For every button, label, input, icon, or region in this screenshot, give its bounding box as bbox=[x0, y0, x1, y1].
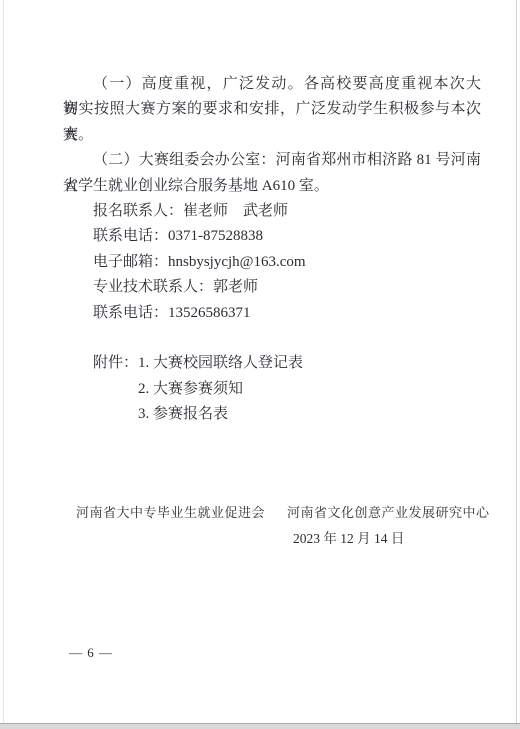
page-number: — 6 — bbox=[63, 640, 481, 665]
document-viewport: { "doc": { "para1_l1": "（一）高度重视，广泛发动。各高校… bbox=[0, 0, 520, 729]
document-page: （一）高度重视，广泛发动。各高校要高度重视本次大赛， 切实按照大赛方案的要求和安… bbox=[3, 0, 517, 723]
paragraph-2-line-2: 大学生就业创业综合服务基地 A610 室。 bbox=[63, 174, 481, 199]
paragraph-2-line-1: （二）大赛组委会办公室：河南省郑州市相济路 81 号河南省 bbox=[63, 148, 481, 173]
paragraph-1-line-3: 赛。 bbox=[63, 123, 481, 148]
date-line: 2023 年 12 月 14 日 bbox=[63, 526, 481, 551]
attachment-line-1: 附件：1. 大赛校园联络人登记表 bbox=[63, 351, 481, 376]
contact-phone-line-2: 联系电话：13526586371 bbox=[63, 301, 481, 326]
page-bottom-edge bbox=[0, 723, 520, 729]
paragraph-1-line-1: （一）高度重视，广泛发动。各高校要高度重视本次大赛， bbox=[63, 72, 481, 97]
contact-phone-line-1: 联系电话：0371-87528838 bbox=[63, 224, 481, 249]
contact-registration-line: 报名联系人：崔老师 武老师 bbox=[63, 199, 481, 224]
paragraph-1-line-2: 切实按照大赛方案的要求和安排，广泛发动学生积极参与本次大 bbox=[63, 97, 481, 122]
attachment-line-2: 2. 大赛参赛须知 bbox=[63, 377, 481, 402]
contact-email-line: 电子邮箱：hnsbysjycjh@163.com bbox=[63, 250, 481, 275]
contact-technical-line: 专业技术联系人：郭老师 bbox=[63, 275, 481, 300]
signer-org-right: 河南省文化创意产业发展研究中心 bbox=[287, 505, 490, 520]
document-content: （一）高度重视，广泛发动。各高校要高度重视本次大赛， 切实按照大赛方案的要求和安… bbox=[63, 0, 481, 666]
signer-org-left: 河南省大中专毕业生就业促进会 bbox=[76, 505, 265, 520]
signature-line: 河南省大中专毕业生就业促进会河南省文化创意产业发展研究中心 bbox=[63, 500, 481, 525]
attachment-line-3: 3. 参赛报名表 bbox=[63, 402, 481, 427]
